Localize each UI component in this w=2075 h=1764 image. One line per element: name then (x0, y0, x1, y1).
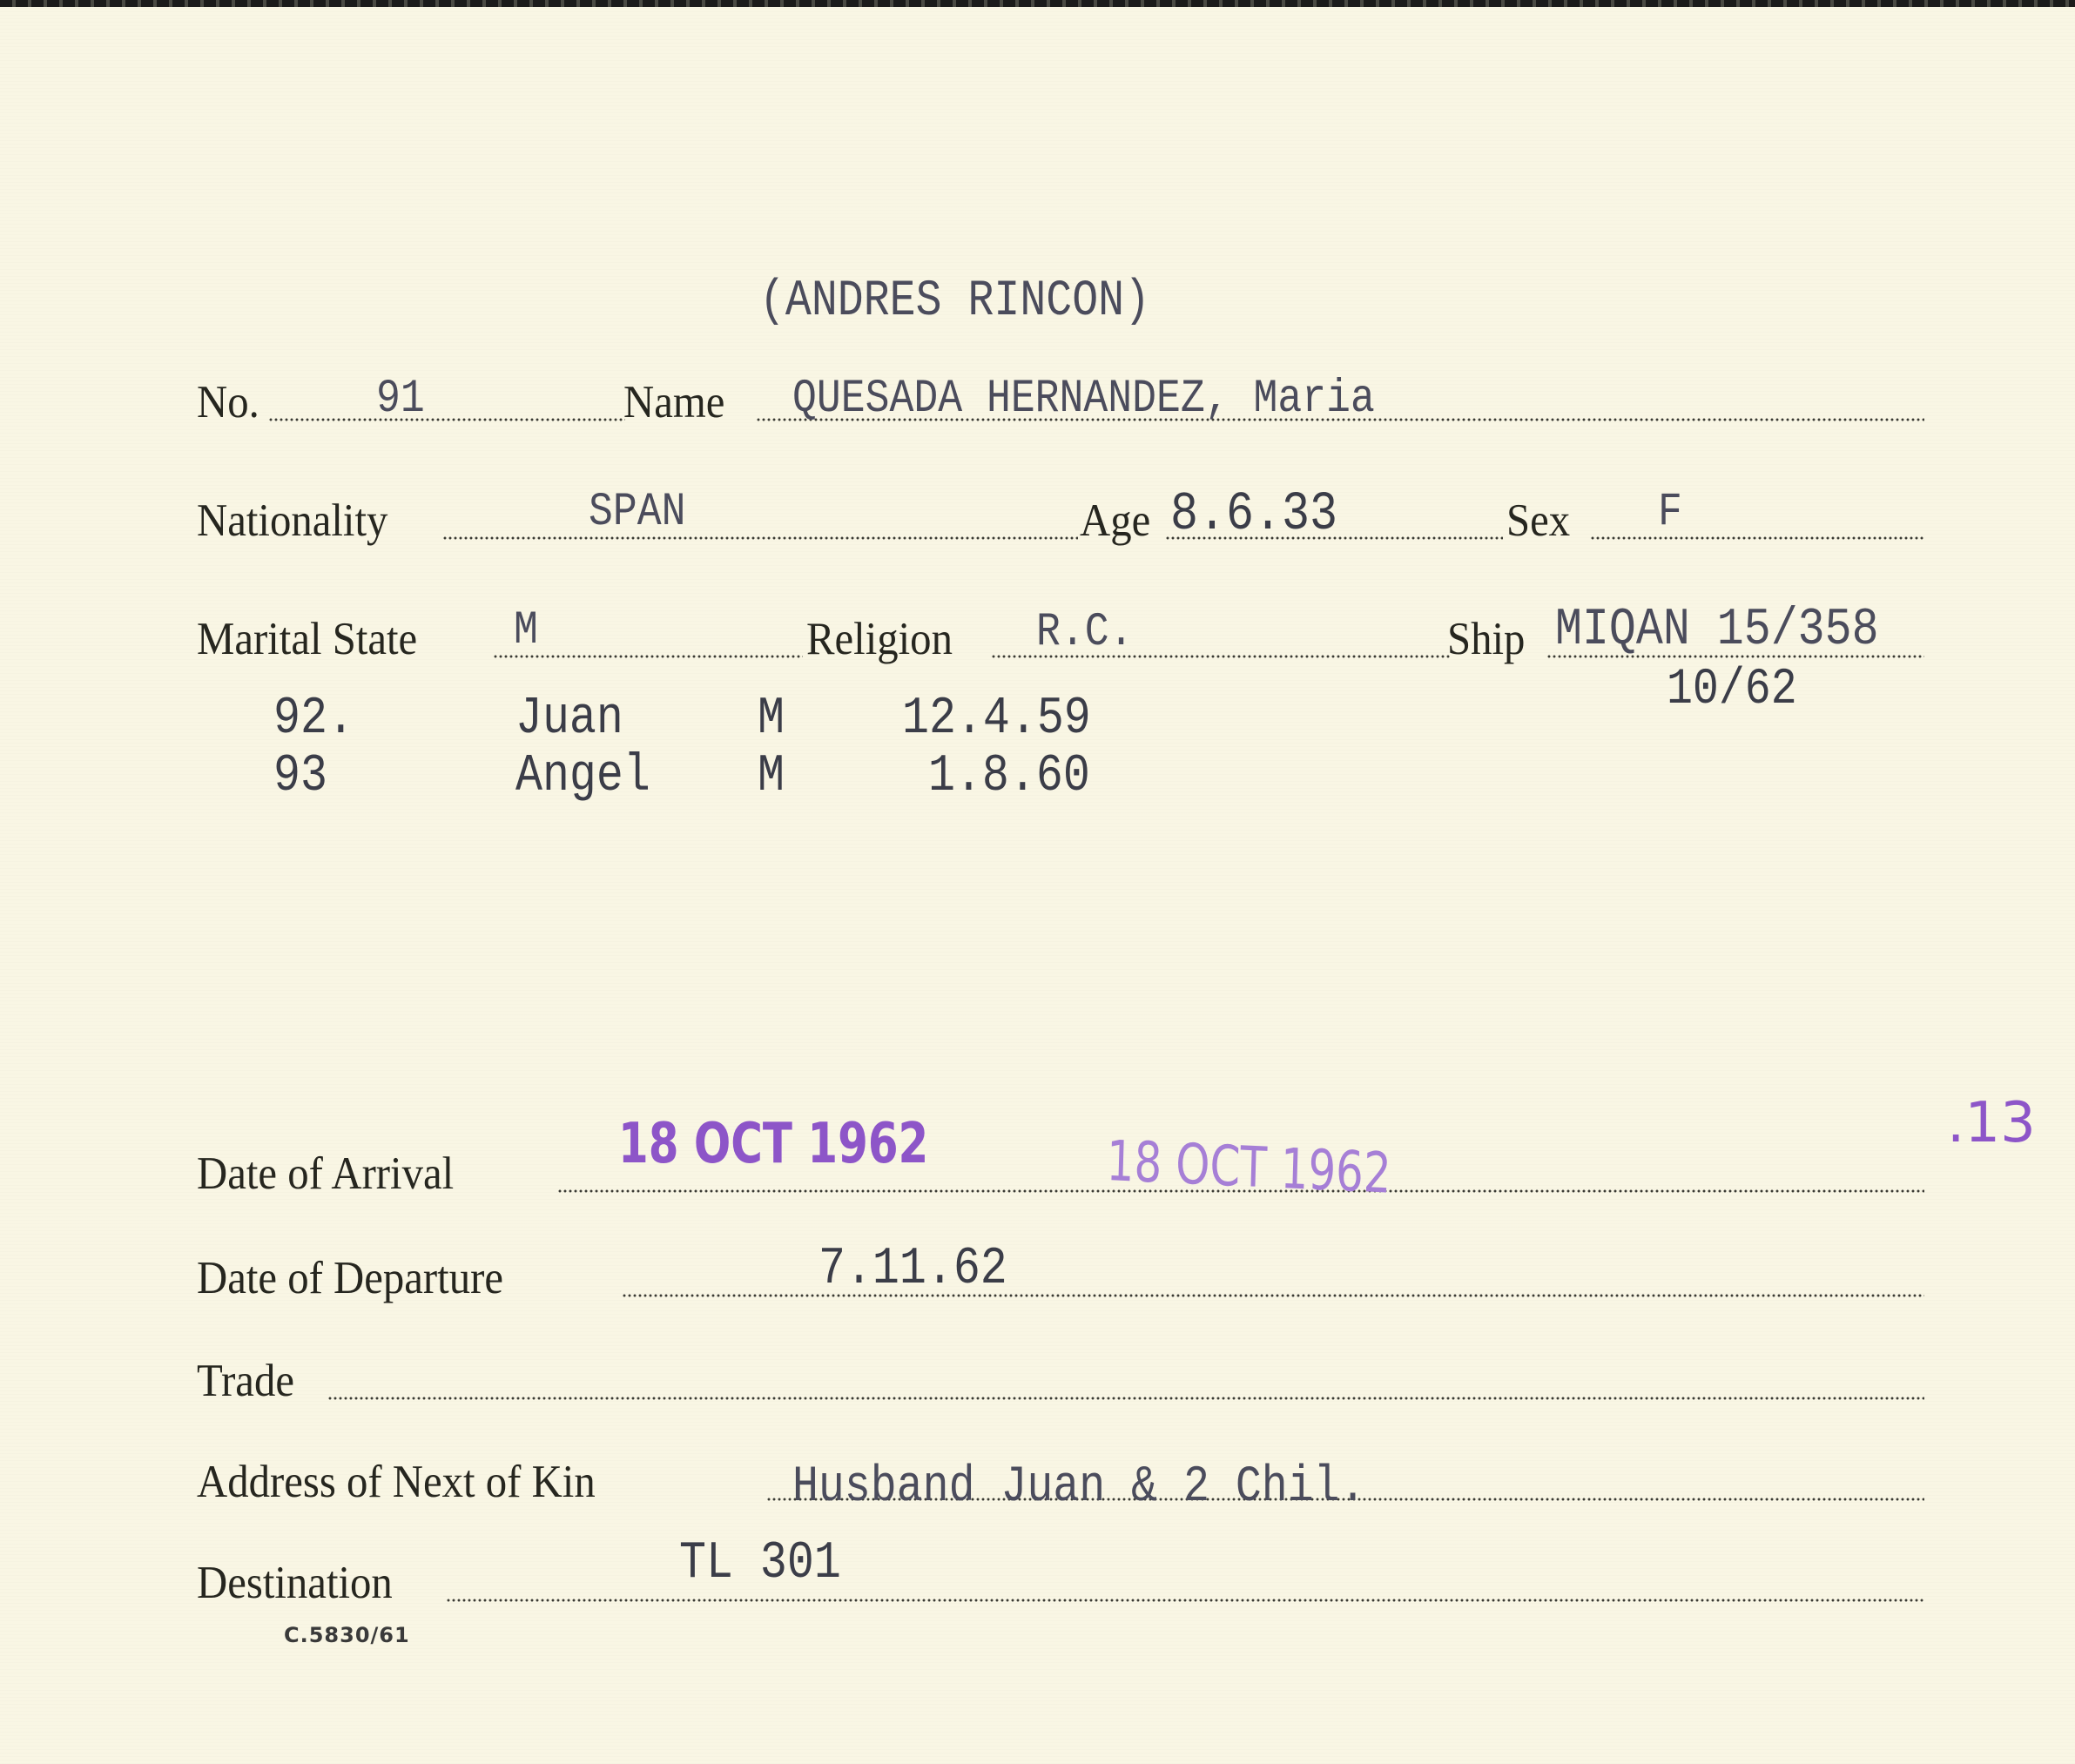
ship-value: MIQAN 15/358 (1555, 604, 1879, 656)
religion-value: R.C. (1036, 609, 1133, 656)
age-label: Age (1080, 498, 1150, 544)
form-code: C.5830/61 (284, 1623, 410, 1647)
age-value: 8.6.33 (1170, 488, 1337, 542)
sex-dotted-line (1590, 536, 1924, 540)
child-dob: 1.8.60 (928, 751, 1090, 803)
registration-card: (ANDRES RINCON) No. 91 Name QUESADA HERN… (0, 0, 2075, 1764)
marital-state-label: Marital State (197, 616, 417, 663)
destination-label: Destination (197, 1560, 393, 1606)
child-sex: M (758, 693, 785, 745)
child-name: Juan (515, 693, 623, 745)
arrival-stamp: 18 OCT 1962 (1106, 1134, 1391, 1202)
corner-mark: .13 (1947, 1095, 2036, 1151)
destination-value: TL 301 (679, 1538, 841, 1590)
next-of-kin-value: Husband Juan & 2 Chil. (792, 1463, 1366, 1513)
no-label: No. (197, 380, 259, 426)
nationality-value: SPAN (589, 489, 685, 536)
sex-label: Sex (1506, 498, 1570, 544)
child-dob: 12.4.59 (902, 693, 1091, 745)
no-dotted-line (268, 418, 625, 421)
alias-heading: (ANDRES RINCON) (759, 277, 1150, 327)
child-no: 92. (273, 693, 354, 745)
trade-dotted-line (327, 1397, 1924, 1400)
departure-value: 7.11.62 (819, 1243, 1007, 1296)
child-no: 93 (273, 751, 327, 803)
marital-state-dotted-line (493, 655, 803, 658)
name-label: Name (623, 380, 724, 426)
departure-label: Date of Departure (197, 1256, 503, 1302)
sex-value: F (1658, 489, 1682, 536)
nationality-dotted-line (442, 536, 1078, 540)
child-sex: M (758, 751, 785, 803)
arrival-label: Date of Arrival (197, 1151, 454, 1197)
name-value: QUESADA HERNANDEZ, Maria (792, 376, 1375, 423)
no-value: 91 (376, 376, 425, 423)
child-name: Angel (515, 751, 650, 803)
ship-value-line2: 10/62 (1667, 665, 1797, 716)
trade-label: Trade (197, 1358, 294, 1404)
arrival-stamp: 18 OCT 1962 (618, 1116, 928, 1172)
card-top-edge (0, 0, 2075, 7)
destination-dotted-line (446, 1599, 1924, 1602)
nationality-label: Nationality (197, 498, 387, 544)
marital-state-value: M (514, 608, 538, 655)
departure-dotted-line (622, 1294, 1924, 1297)
next-of-kin-label: Address of Next of Kin (197, 1459, 596, 1505)
ship-label: Ship (1447, 616, 1525, 663)
religion-label: Religion (806, 616, 953, 663)
